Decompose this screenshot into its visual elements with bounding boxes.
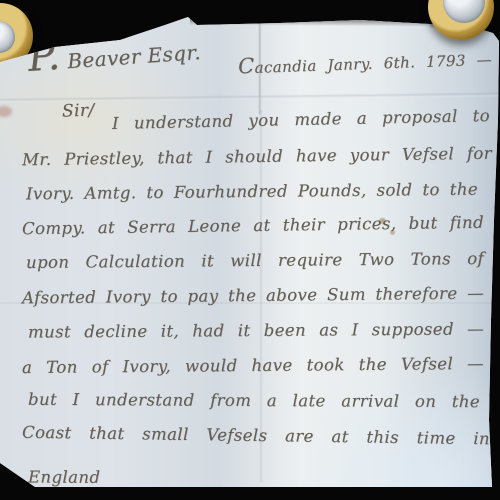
letter-line: a Ton of Ivory, would have took the Vefs…: [22, 354, 484, 378]
dateline: Cacandia Janry. 6th. 1793 —: [238, 46, 493, 79]
letter-line: Ivory. Amtg. to Fourhundred Pounds, sold…: [26, 180, 478, 205]
letter-line: Mr. Priestley, that I should have your V…: [22, 144, 492, 171]
letter-line: England: [28, 467, 228, 488]
letter-paper: P. Beaver Esqr. Cacandia Janry. 6th. 179…: [0, 0, 500, 500]
letter-line: I understand you made a proposal to: [112, 106, 490, 134]
paper-stain: [0, 106, 12, 117]
photo-bottom-edge: [0, 487, 500, 500]
letter-line: Afsorted Ivory to pay the above Sum ther…: [22, 284, 484, 309]
letter-line: Coast that small Vefsels are at this tim…: [22, 423, 490, 450]
letter-line: upon Calculation it will require Two Ton…: [26, 249, 484, 273]
photo-scene: P. Beaver Esqr. Cacandia Janry. 6th. 179…: [0, 0, 500, 500]
addressee-line: P. Beaver Esqr.: [27, 36, 201, 76]
salutation: Sir/: [62, 100, 95, 121]
letter-line: but I understand from a late arrival on …: [28, 390, 480, 412]
letter-line: must decline it, had it been as I suppos…: [28, 319, 484, 342]
letter-line: Compy. at Serra Leone at their prices, b…: [22, 213, 484, 239]
paper-fold-shadow-top: [190, 15, 442, 27]
